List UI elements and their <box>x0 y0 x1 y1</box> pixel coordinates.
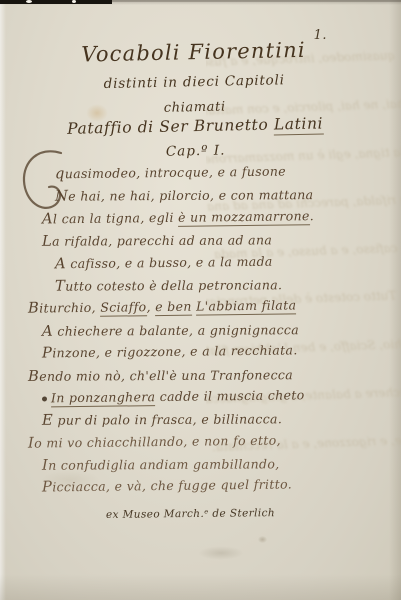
verse-segment: Io mi vo chiacchillando, e non fo etto, <box>28 432 281 450</box>
verse-segment: e ben <box>155 299 192 316</box>
verse-segment: Picciacca, e và, che fugge quel fritto. <box>42 477 292 495</box>
work-title-underlined: Latini <box>274 114 324 135</box>
verse-segment: . <box>310 208 315 223</box>
verse-line: Picciacca, e và, che fugge quel fritto. <box>0 473 401 500</box>
edge-speck <box>72 0 76 3</box>
verse-segment: Biturchio, <box>28 300 100 316</box>
verse-segment: Tutto cotesto è della petronciana. <box>55 277 282 293</box>
verse-line: In ponzanghera cadde il muscia cheto <box>0 383 401 410</box>
subtitle: distinti in dieci Capitoli <box>2 70 387 94</box>
verse-line: Al can la tigna, egli è un mozzamarrone. <box>0 204 401 231</box>
verse-line: Pinzone, e rigozzone, e a la recchiata. <box>0 338 401 365</box>
verse-segment: cadde il muscia cheto <box>155 387 304 404</box>
verse-segment: A cafisso, e a busso, e a la mada <box>55 253 273 271</box>
manuscript-page: 1. quasimodeo, introcque, e a fusoneNe h… <box>0 0 401 600</box>
page-top-edge <box>112 0 401 2</box>
verse-segment: Bendo mio nò, ch'ell'è una Tranfonecca <box>28 367 293 384</box>
photo-edge-band <box>0 0 112 4</box>
verse-segment: L'abbiam filata <box>196 298 296 316</box>
verse-line: Biturchio, Sciaffo, e ben L'abbiam filat… <box>0 293 401 320</box>
verse-segment: Sciaffo <box>100 300 146 318</box>
edge-speck <box>26 0 32 3</box>
verse-segment: è un mozzamarrone <box>178 208 310 227</box>
ink-dot <box>42 396 47 401</box>
page-title: Vocaboli Fiorentini <box>1 36 386 68</box>
verse-line: Io mi vo chiacchillando, e non fo etto, <box>0 428 401 455</box>
verse-segment: In ponzanghera <box>51 389 156 407</box>
verse-line: A cafisso, e a busso, e a la mada <box>0 249 401 276</box>
verse-line: quasimodeo, introcque, e a fusone <box>0 159 401 186</box>
verse-segment: Pinzone, e rigozzone, e a la recchiata. <box>42 342 298 360</box>
verse-segment: Ne hai, ne hai, pilorcio, e con mattana <box>55 187 314 204</box>
verse-segment: quasimodeo, introcque, e a fusone <box>55 164 286 182</box>
verse-segment: E pur di palo in frasca, e billinacca. <box>42 412 282 428</box>
paper-stain <box>198 546 244 560</box>
verse-segment: A chiechere a balante, a gnignignacca <box>42 322 299 339</box>
verse-segment: La rifalda, parecchi ad ana ad ana <box>42 233 272 249</box>
provenance-note: ex Museo March.ᵉ de Sterlich <box>0 506 381 522</box>
verse-block: quasimodeo, introcque, e a fusoneNe hai,… <box>0 164 401 500</box>
work-title-text: Pataffio di Ser Brunetto <box>67 115 274 137</box>
verse-segment: In confudiglia andiam gambillando, <box>42 456 280 472</box>
paper-stain <box>258 536 267 543</box>
verse-segment: Al can la tigna, egli <box>42 210 178 227</box>
